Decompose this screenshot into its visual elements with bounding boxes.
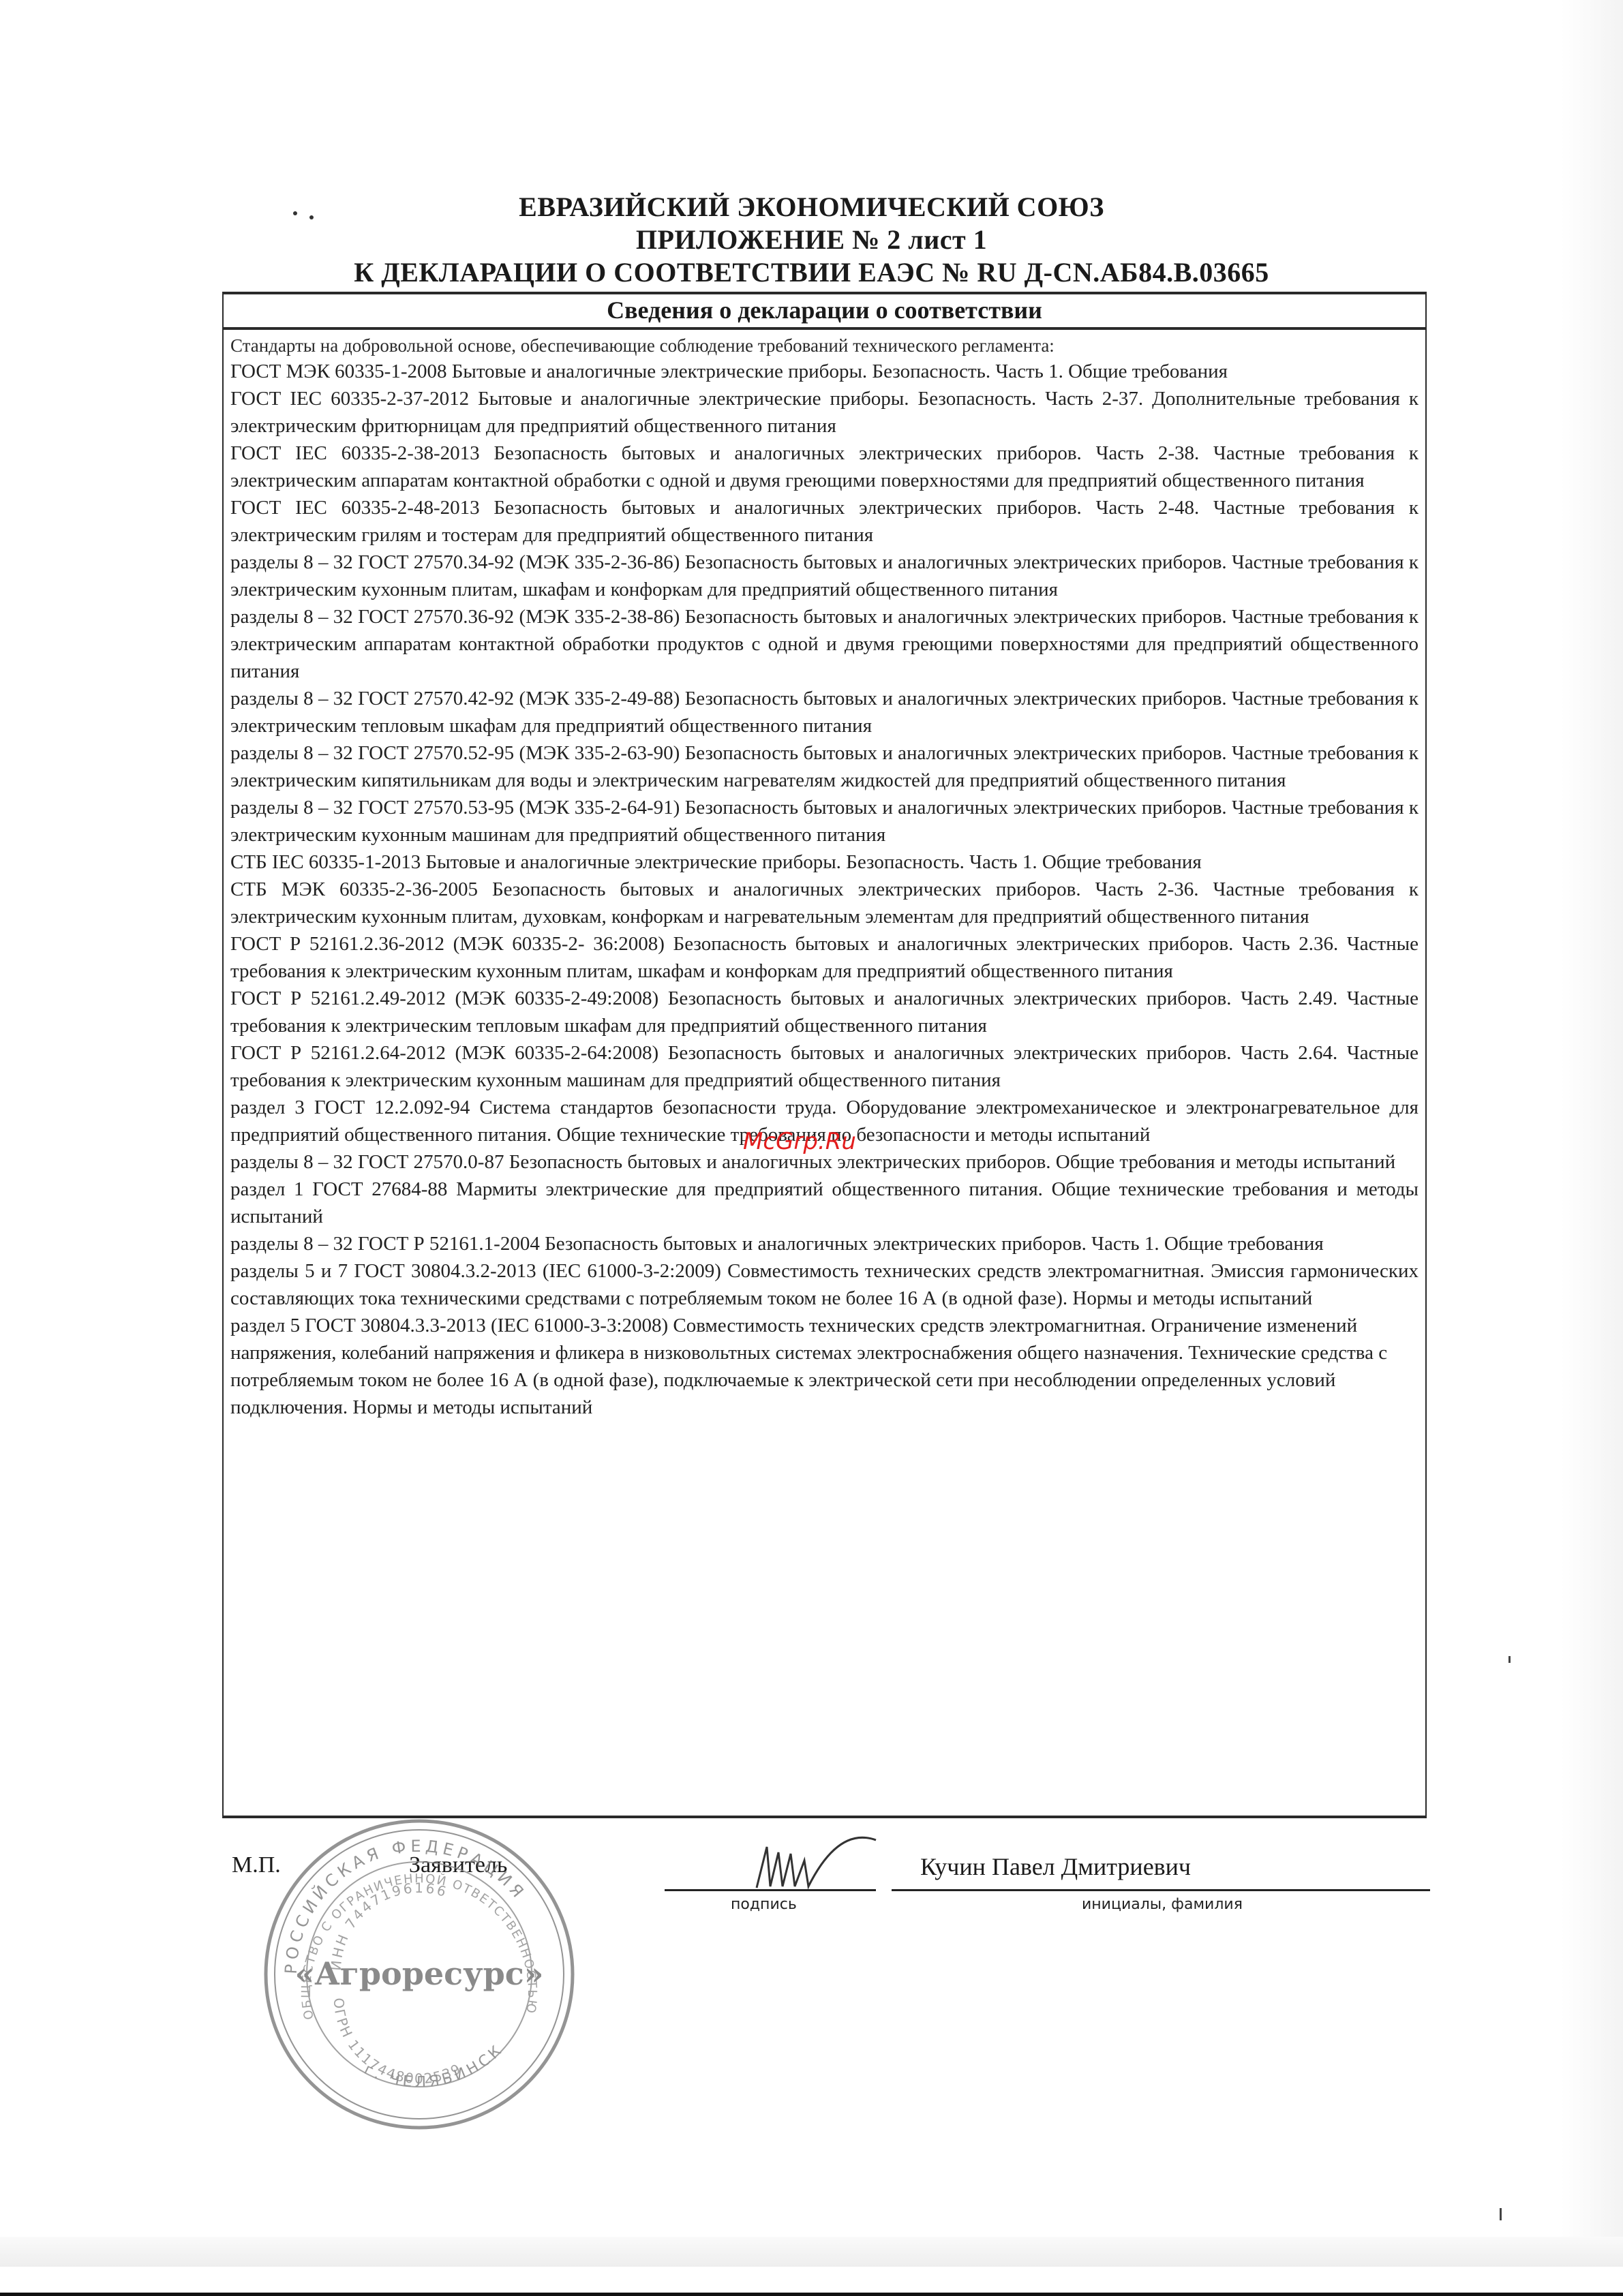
name-line [892,1889,1430,1891]
company-stamp: РОССИЙСКАЯ ФЕДЕРАЦИЯ ОБЩЕСТВО С ОГРАНИЧЕ… [259,1814,579,2134]
stamp-company-name: «Агроресурс» [294,1955,543,1992]
signer-name: Кучин Павел Дмитриевич [920,1852,1191,1881]
box-title: Сведения о декларации о соответствии [224,294,1425,330]
signature-mark [743,1833,879,1895]
standards-list: ГОСТ МЭК 60335-1-2008 Бытовые и аналогич… [230,358,1419,1421]
standard-entry: СТБ МЭК 60335-2-36-2005 Безопасность быт… [230,876,1419,930]
standards-intro: Стандарты на добровольной основе, обеспе… [230,334,1419,358]
standard-entry: ГОСТ МЭК 60335-1-2008 Бытовые и аналогич… [230,358,1419,385]
header-appendix-title: ПРИЛОЖЕНИЕ № 2 лист 1 [0,224,1623,256]
header-declaration-number: К ДЕКЛАРАЦИИ О СООТВЕТСТВИИ ЕАЭС № RU Д-… [0,256,1623,288]
name-caption: инициалы, фамилия [1082,1896,1243,1913]
standard-entry: разделы 8 – 32 ГОСТ Р 52161.1-2004 Безоп… [230,1230,1419,1257]
scan-shadow-right [1561,0,1623,2267]
signature-line [665,1889,876,1891]
standard-entry: разделы 8 – 32 ГОСТ 27570.52-95 (МЭК 335… [230,739,1419,794]
standard-entry: разделы 5 и 7 ГОСТ 30804.3.2-2013 (IEC 6… [230,1257,1419,1312]
standard-entry: раздел 5 ГОСТ 30804.3.3-2013 (IEC 61000-… [230,1312,1419,1421]
page-bottom-edge [0,2293,1623,2296]
standard-entry: СТБ IEC 60335-1-2013 Бытовые и аналогичн… [230,848,1419,876]
header-union-title: ЕВРАЗИЙСКИЙ ЭКОНОМИЧЕСКИЙ СОЮЗ [0,191,1623,223]
standard-entry: ГОСТ IEC 60335-2-37-2012 Бытовые и анало… [230,385,1419,440]
standard-entry: разделы 8 – 32 ГОСТ 27570.53-95 (МЭК 335… [230,794,1419,848]
standard-entry: ГОСТ IEC 60335-2-38-2013 Безопасность бы… [230,440,1419,494]
standard-entry: разделы 8 – 32 ГОСТ 27570.36-92 (МЭК 335… [230,603,1419,685]
standard-entry: ГОСТ IEC 60335-2-48-2013 Безопасность бы… [230,494,1419,549]
watermark: McGrp.Ru [743,1128,856,1155]
standard-entry: ГОСТ Р 52161.2.36-2012 (МЭК 60335-2- 36:… [230,930,1419,985]
document-page: ЕВРАЗИЙСКИЙ ЭКОНОМИЧЕСКИЙ СОЮЗ ПРИЛОЖЕНИ… [0,0,1623,2296]
signature-caption: подпись [731,1896,797,1913]
declaration-details-box: Сведения о декларации о соответствии Ста… [222,292,1427,1818]
scan-mark [1508,1656,1511,1663]
standard-entry: ГОСТ Р 52161.2.64-2012 (МЭК 60335-2-64:2… [230,1039,1419,1094]
scan-mark [1500,2208,1502,2220]
standard-entry: разделы 8 – 32 ГОСТ 27570.34-92 (МЭК 335… [230,549,1419,603]
standard-entry: разделы 8 – 32 ГОСТ 27570.42-92 (МЭК 335… [230,685,1419,739]
scan-shadow-bottom [0,2237,1623,2267]
standard-entry: ГОСТ Р 52161.2.49-2012 (МЭК 60335-2-49:2… [230,985,1419,1039]
standard-entry: раздел 1 ГОСТ 27684-88 Мармиты электриче… [230,1176,1419,1230]
box-body: Стандарты на добровольной основе, обеспе… [224,330,1425,1421]
